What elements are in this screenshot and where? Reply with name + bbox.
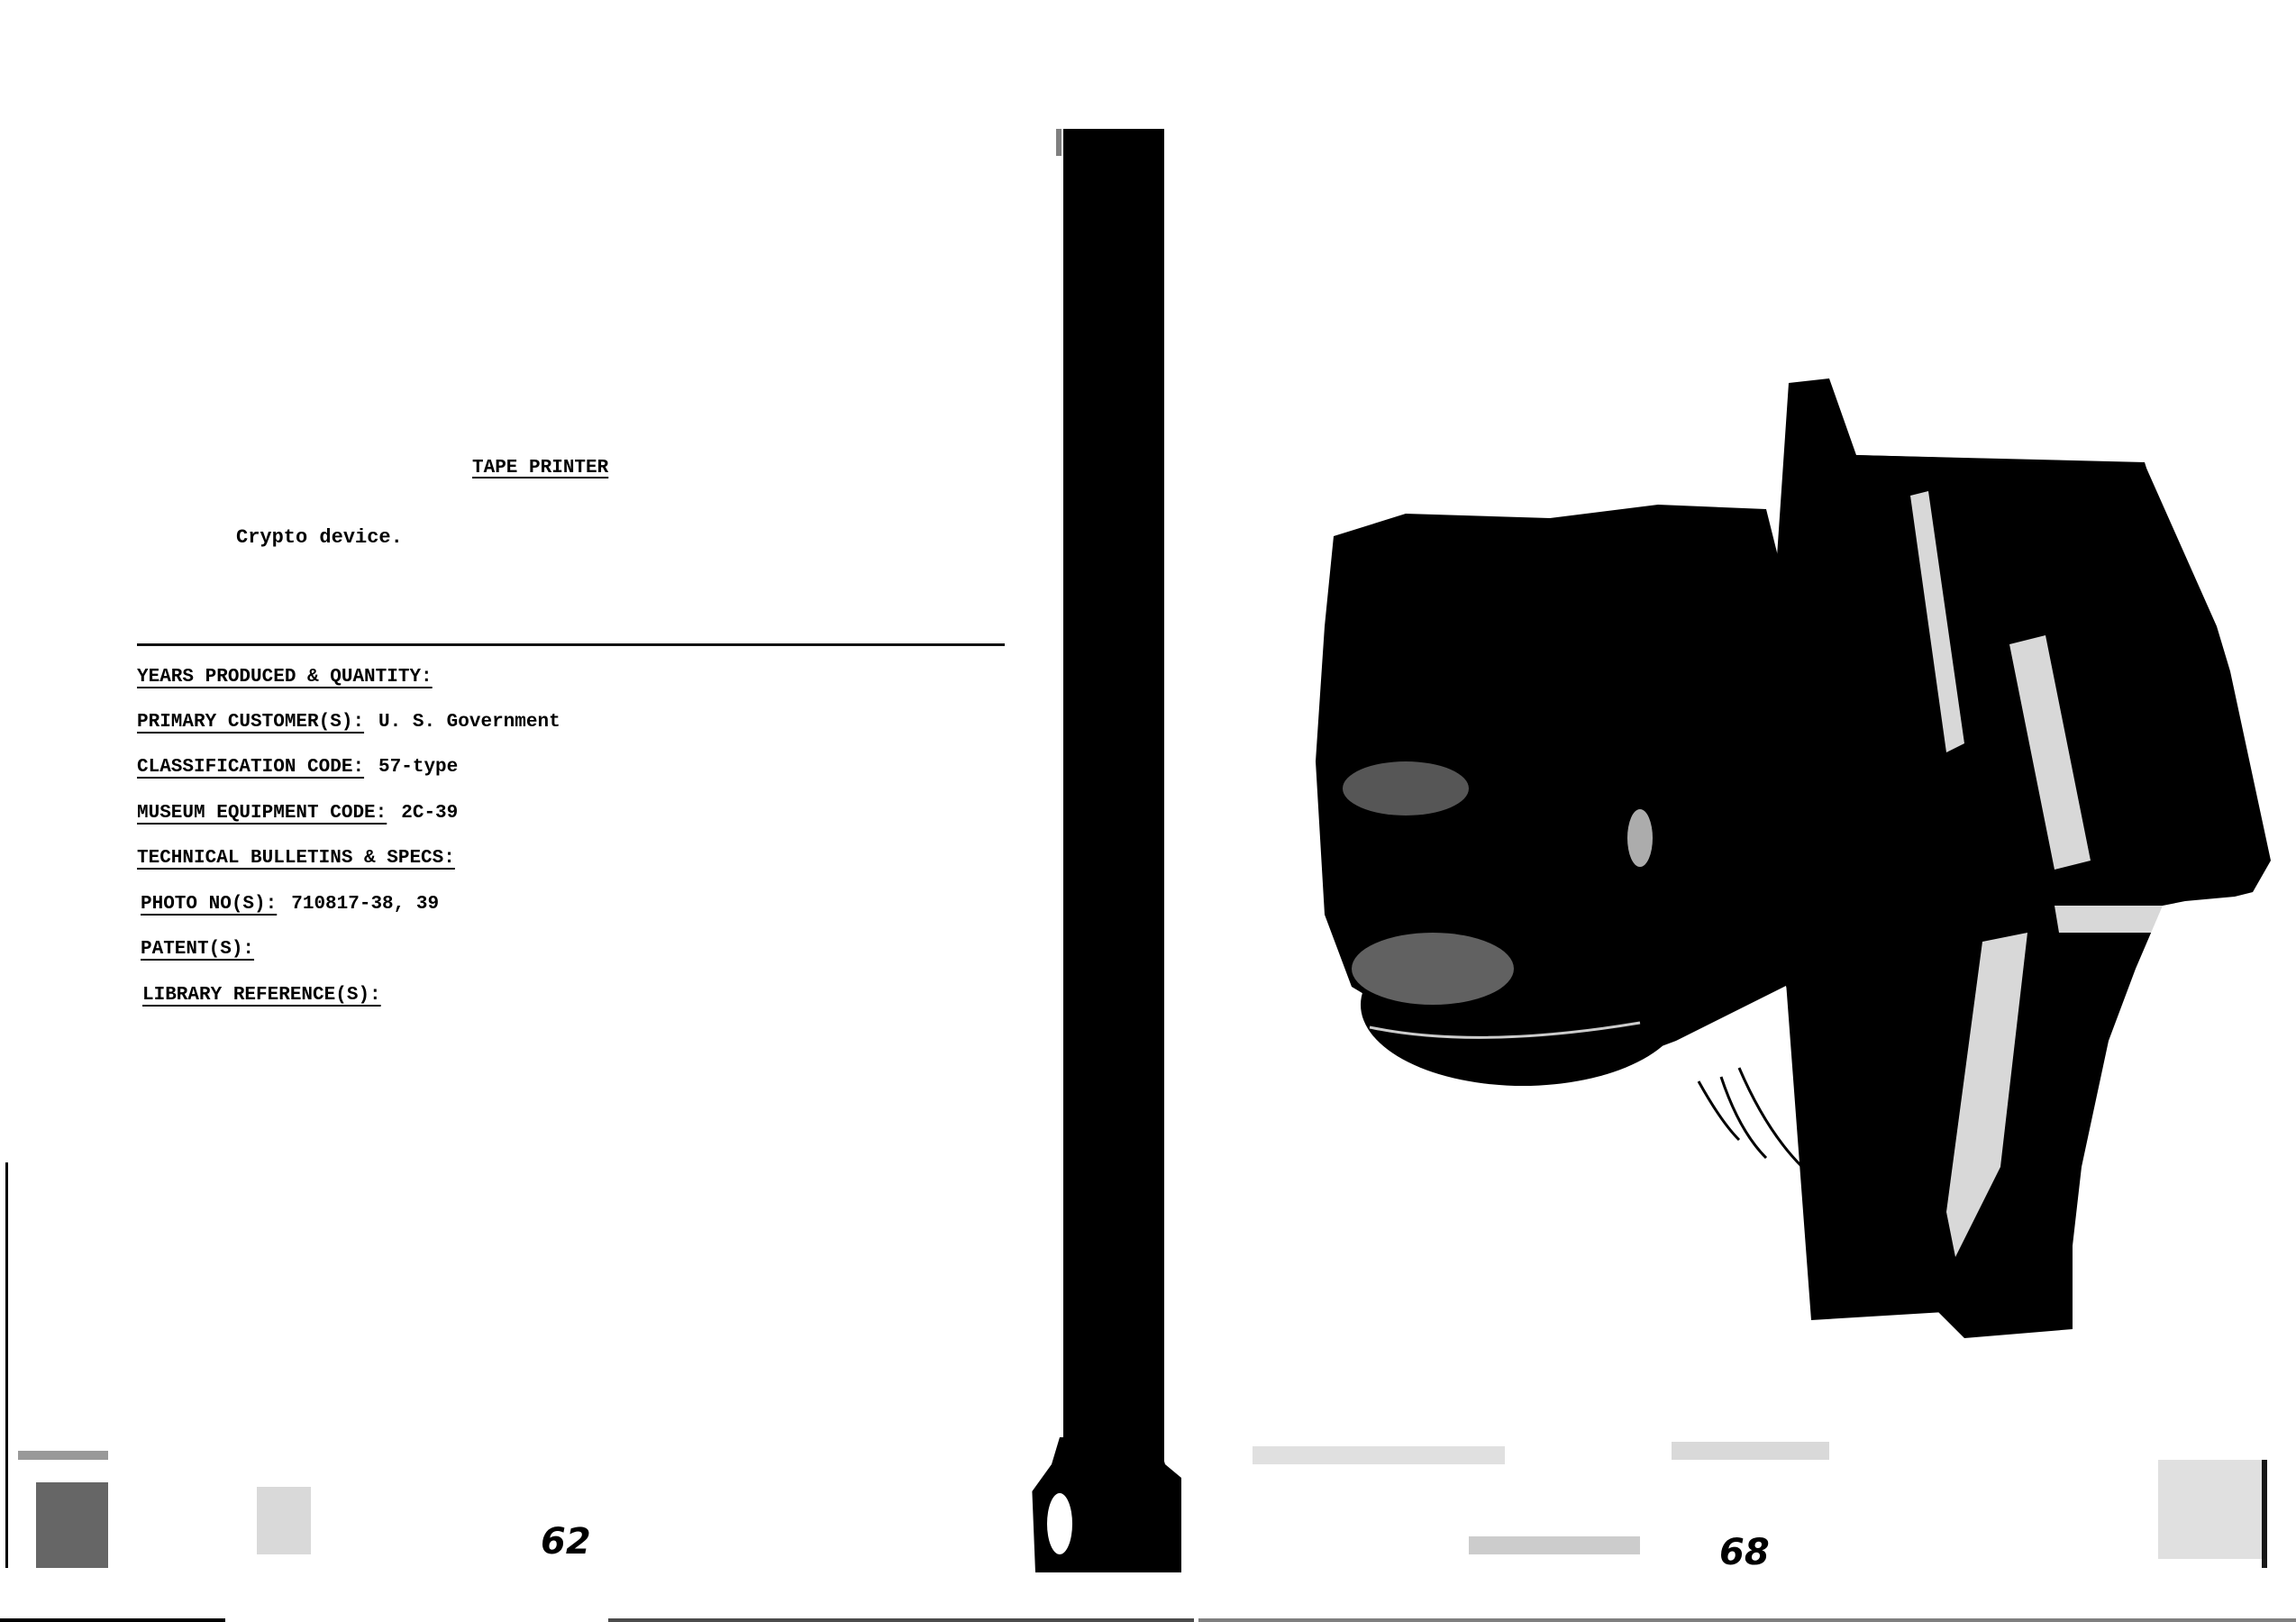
binding-spine <box>1063 129 1164 1572</box>
page-number-left: 62 <box>541 1521 591 1563</box>
scan-noise <box>36 1482 108 1568</box>
field-library-references: LIBRARY REFERENCE(S): <box>142 985 396 1006</box>
field-classification-code: CLASSIFICATION CODE:57-type <box>137 757 458 778</box>
field-label: PATENT(S): <box>141 939 254 960</box>
field-label: PRIMARY CUSTOMER(S): <box>137 712 364 733</box>
field-value: 57-type <box>378 757 458 778</box>
left-page: TAPE PRINTER Crypto device. YEARS PRODUC… <box>0 0 1063 1622</box>
scan-edge-bottom <box>608 1618 1194 1622</box>
scan-edge-bottom <box>0 1618 225 1622</box>
field-museum-equipment-code: MUSEUM EQUIPMENT CODE:2C-39 <box>137 803 458 824</box>
scan-noise <box>18 1451 108 1460</box>
field-value: U. S. Government <box>378 712 560 733</box>
field-years-produced: YEARS PRODUCED & QUANTITY: <box>137 667 447 688</box>
field-primary-customer: PRIMARY CUSTOMER(S):U. S. Government <box>137 712 560 733</box>
field-patents: PATENT(S): <box>141 939 269 960</box>
binding-spine-edge <box>1056 129 1061 156</box>
field-value: 710817-38, 39 <box>291 894 439 915</box>
field-label: CLASSIFICATION CODE: <box>137 757 364 778</box>
field-value: 2C-39 <box>401 803 458 824</box>
field-label: YEARS PRODUCED & QUANTITY: <box>137 667 433 688</box>
document-description: Crypto device. <box>236 526 403 549</box>
binding-hole <box>1047 1493 1072 1554</box>
field-label: PHOTO NO(S): <box>141 894 277 915</box>
scan-edge-left <box>5 1162 8 1568</box>
tape-printer-photo <box>1298 356 2271 1347</box>
field-technical-bulletins: TECHNICAL BULLETINS & SPECS: <box>137 848 469 869</box>
field-label: TECHNICAL BULLETINS & SPECS: <box>137 848 455 869</box>
document-title: TAPE PRINTER <box>472 458 608 478</box>
field-photo-numbers: PHOTO NO(S):710817-38, 39 <box>141 894 439 915</box>
page-number-right: 68 <box>1719 1532 1770 1573</box>
horizontal-rule <box>137 643 1005 646</box>
field-label: LIBRARY REFERENCE(S): <box>142 985 381 1006</box>
scan-noise <box>257 1487 311 1554</box>
field-label: MUSEUM EQUIPMENT CODE: <box>137 803 387 824</box>
